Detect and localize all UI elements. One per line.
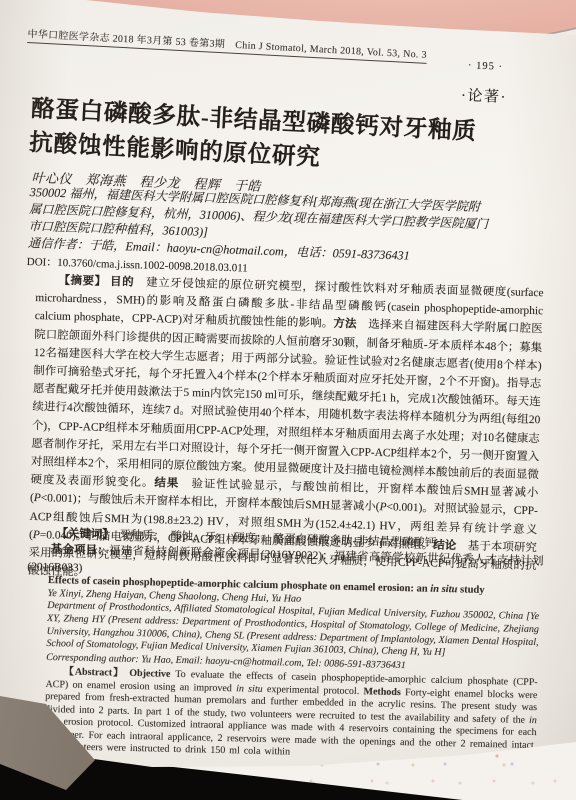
english-section: Effects of casein phosphopeptide-amorphi… xyxy=(44,575,540,765)
abstract-en: 【Abstract】 Objective To evaluate the eff… xyxy=(44,666,538,765)
photo-frame: 中华口腔医学杂志 2018 年3月第 53 卷第3期 Chin J Stomat… xyxy=(0,0,576,800)
section-label: ·论著· xyxy=(461,84,508,107)
journal-page: 中华口腔医学杂志 2018 年3月第 53 卷第3期 Chin J Stomat… xyxy=(0,0,576,800)
journal-header: 中华口腔医学杂志 2018 年3月第 53 卷第3期 Chin J Stomat… xyxy=(27,25,427,61)
page-number: · 195 · xyxy=(468,60,503,73)
journal-header-text: 中华口腔医学杂志 2018 年3月第 53 卷第3期 Chin J Stomat… xyxy=(27,29,427,63)
